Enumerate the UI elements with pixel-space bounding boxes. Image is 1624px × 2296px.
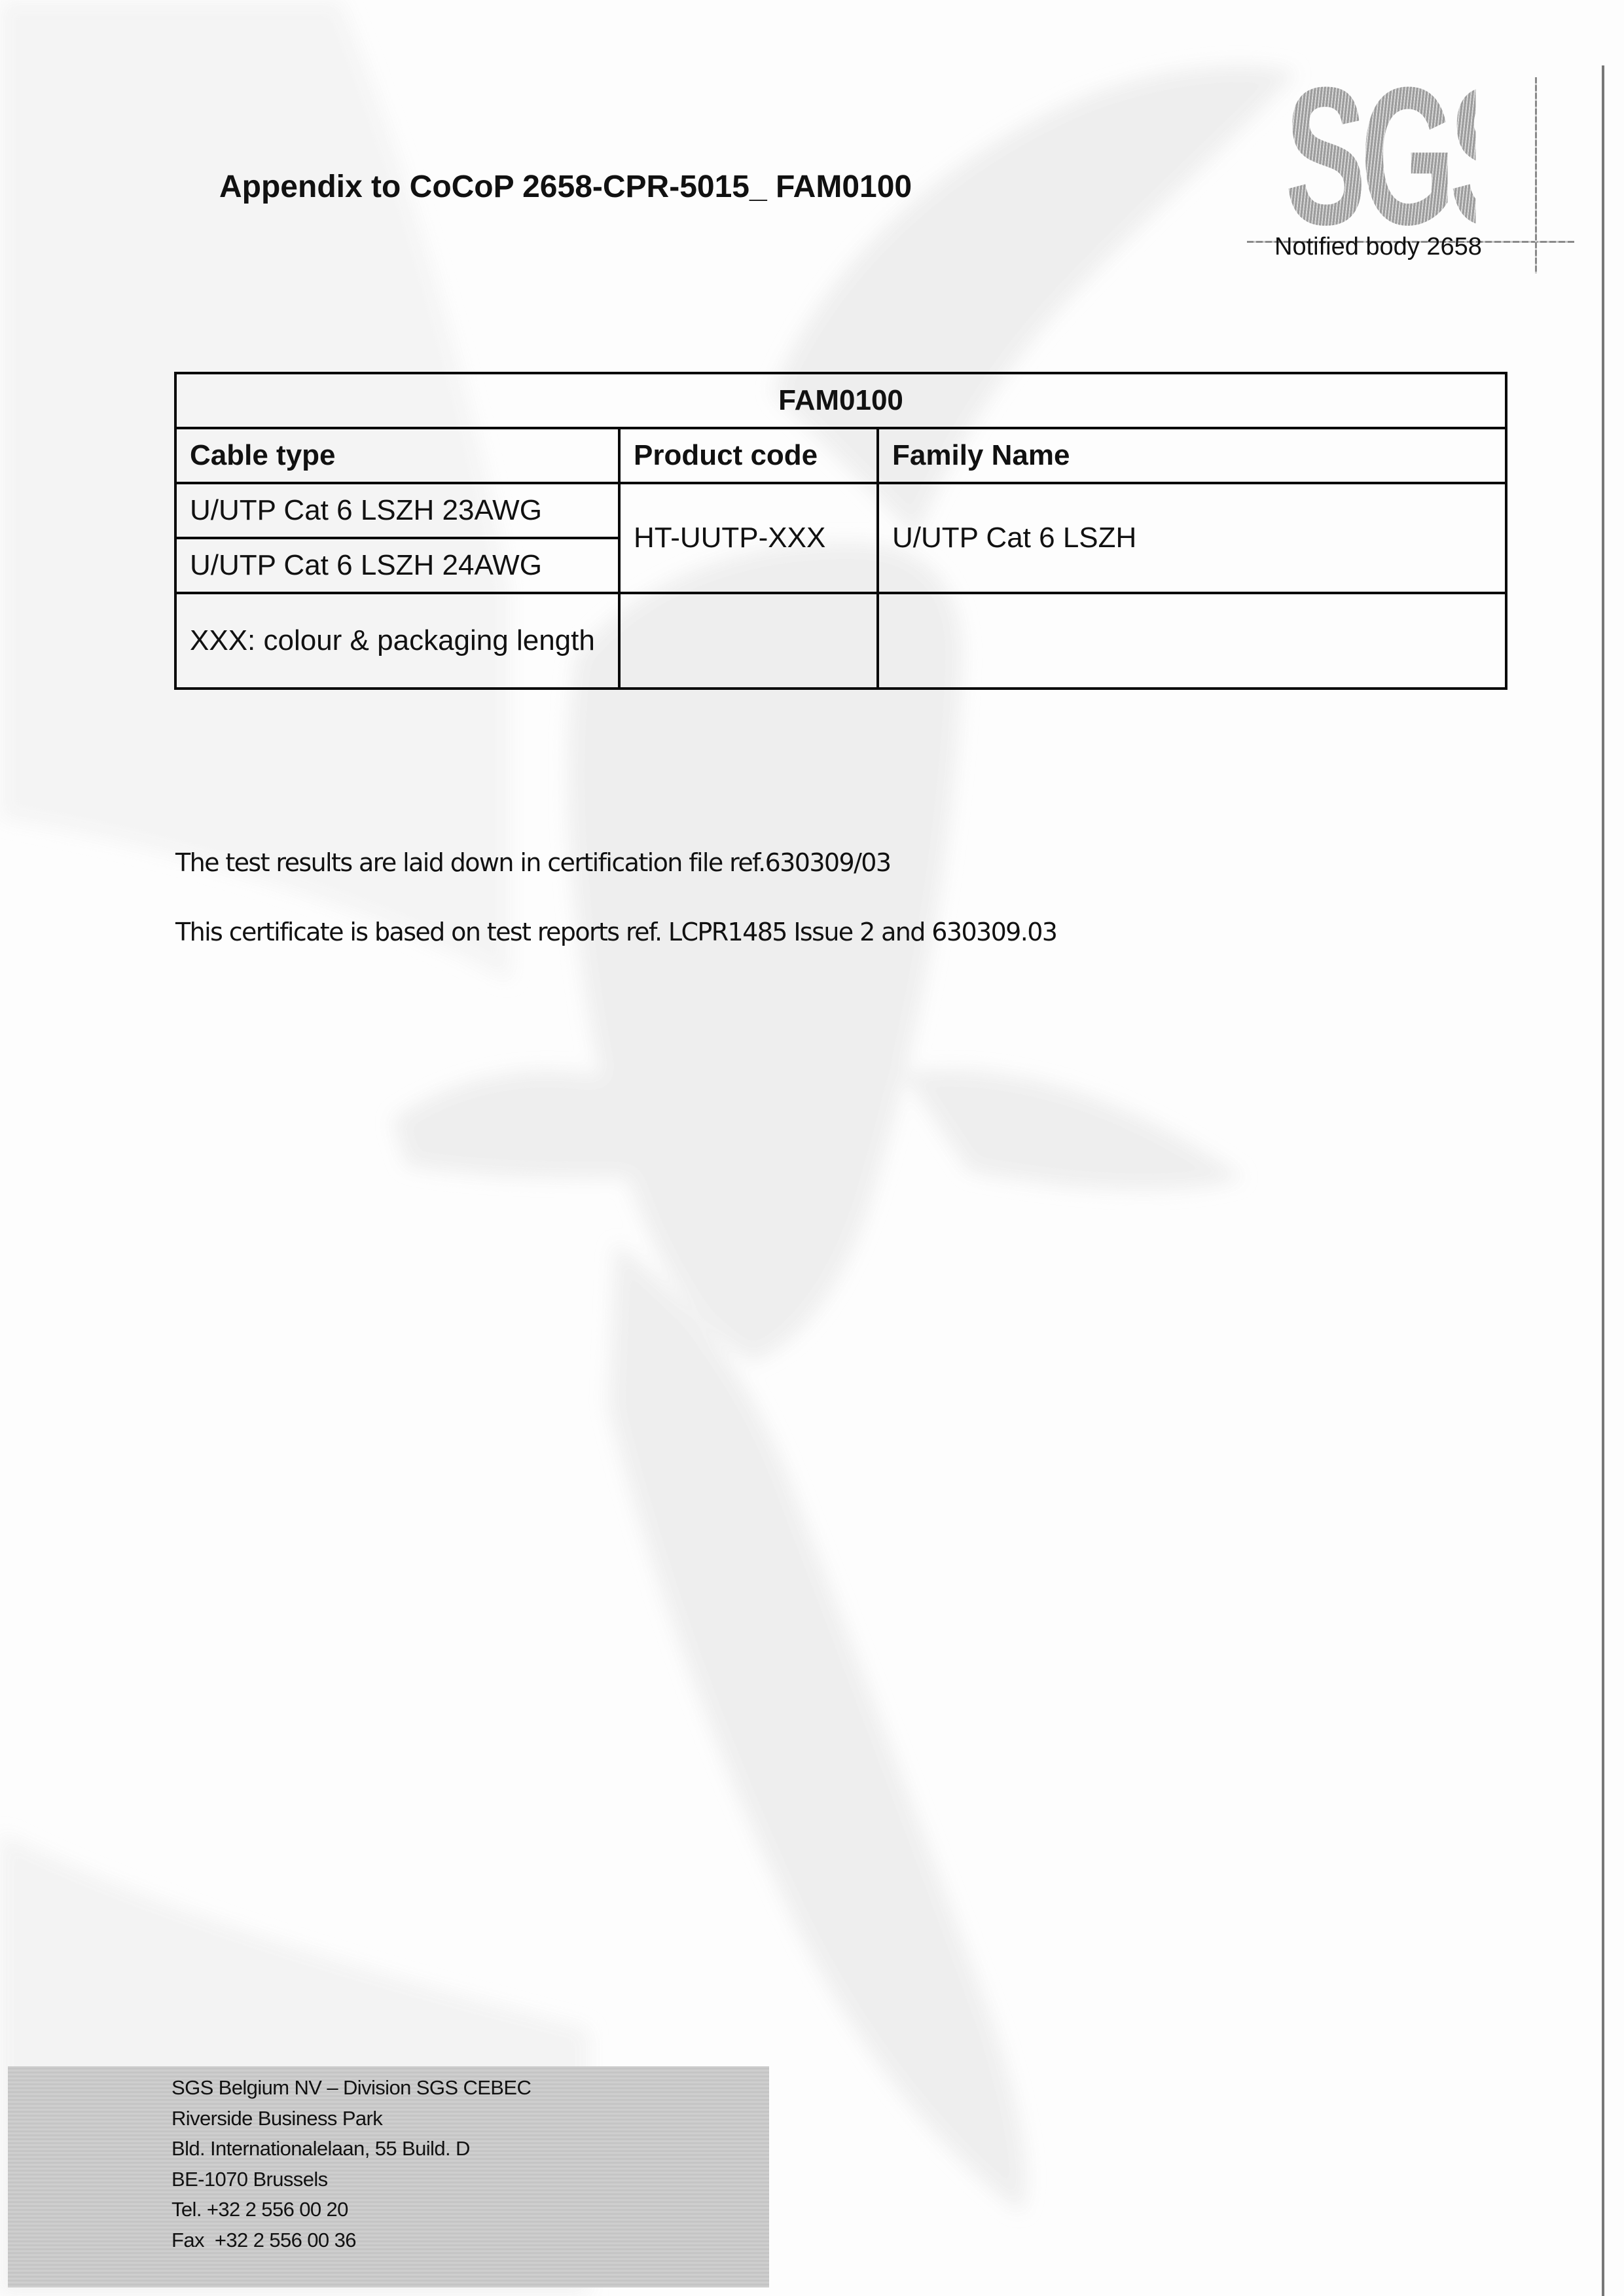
table-header-row: Cable type Product code Family Name: [175, 428, 1506, 483]
cell-product-code: HT-UUTP-XXX: [619, 483, 878, 593]
certification-file-reference: The test results are laid down in certif…: [175, 848, 890, 877]
footer-phone: Tel. +32 2 556 00 20: [171, 2195, 531, 2225]
cell-empty: [619, 593, 878, 689]
product-family-table: FAM0100 Cable type Product code Family N…: [174, 372, 1507, 690]
footer-fax: Fax +32 2 556 00 36: [171, 2225, 531, 2256]
logo-vertical-rule: [1535, 77, 1537, 274]
footer-company: SGS Belgium NV – Division SGS CEBEC: [171, 2073, 531, 2104]
header-family-name: Family Name: [878, 428, 1506, 483]
sgs-logo-text: SGS: [1285, 84, 1475, 228]
cell-note: XXX: colour & packaging length: [175, 593, 619, 689]
cell-empty: [878, 593, 1506, 689]
notified-body-label: Notified body 2658: [1274, 233, 1482, 261]
header-product-code: Product code: [619, 428, 878, 483]
bird-watermark: [0, 0, 1624, 2296]
header-cable-type: Cable type: [175, 428, 619, 483]
table-row: U/UTP Cat 6 LSZH 23AWG HT-UUTP-XXX U/UTP…: [175, 483, 1506, 538]
table-note-row: XXX: colour & packaging length: [175, 593, 1506, 689]
footer-city: BE-1070 Brussels: [171, 2164, 531, 2195]
cell-cable-type: U/UTP Cat 6 LSZH 23AWG: [175, 483, 619, 538]
table-title: FAM0100: [175, 373, 1506, 428]
footer-street: Bld. Internationalelaan, 55 Build. D: [171, 2134, 531, 2164]
page-edge-line: [1602, 65, 1604, 2296]
cell-family-name: U/UTP Cat 6 LSZH: [878, 483, 1506, 593]
footer-address: SGS Belgium NV – Division SGS CEBEC Rive…: [171, 2073, 531, 2255]
document-title: Appendix to CoCoP 2658-CPR-5015_ FAM0100: [219, 169, 912, 205]
footer-park: Riverside Business Park: [171, 2104, 531, 2134]
cell-cable-type: U/UTP Cat 6 LSZH 24AWG: [175, 538, 619, 593]
test-report-reference: This certificate is based on test report…: [175, 918, 1056, 946]
